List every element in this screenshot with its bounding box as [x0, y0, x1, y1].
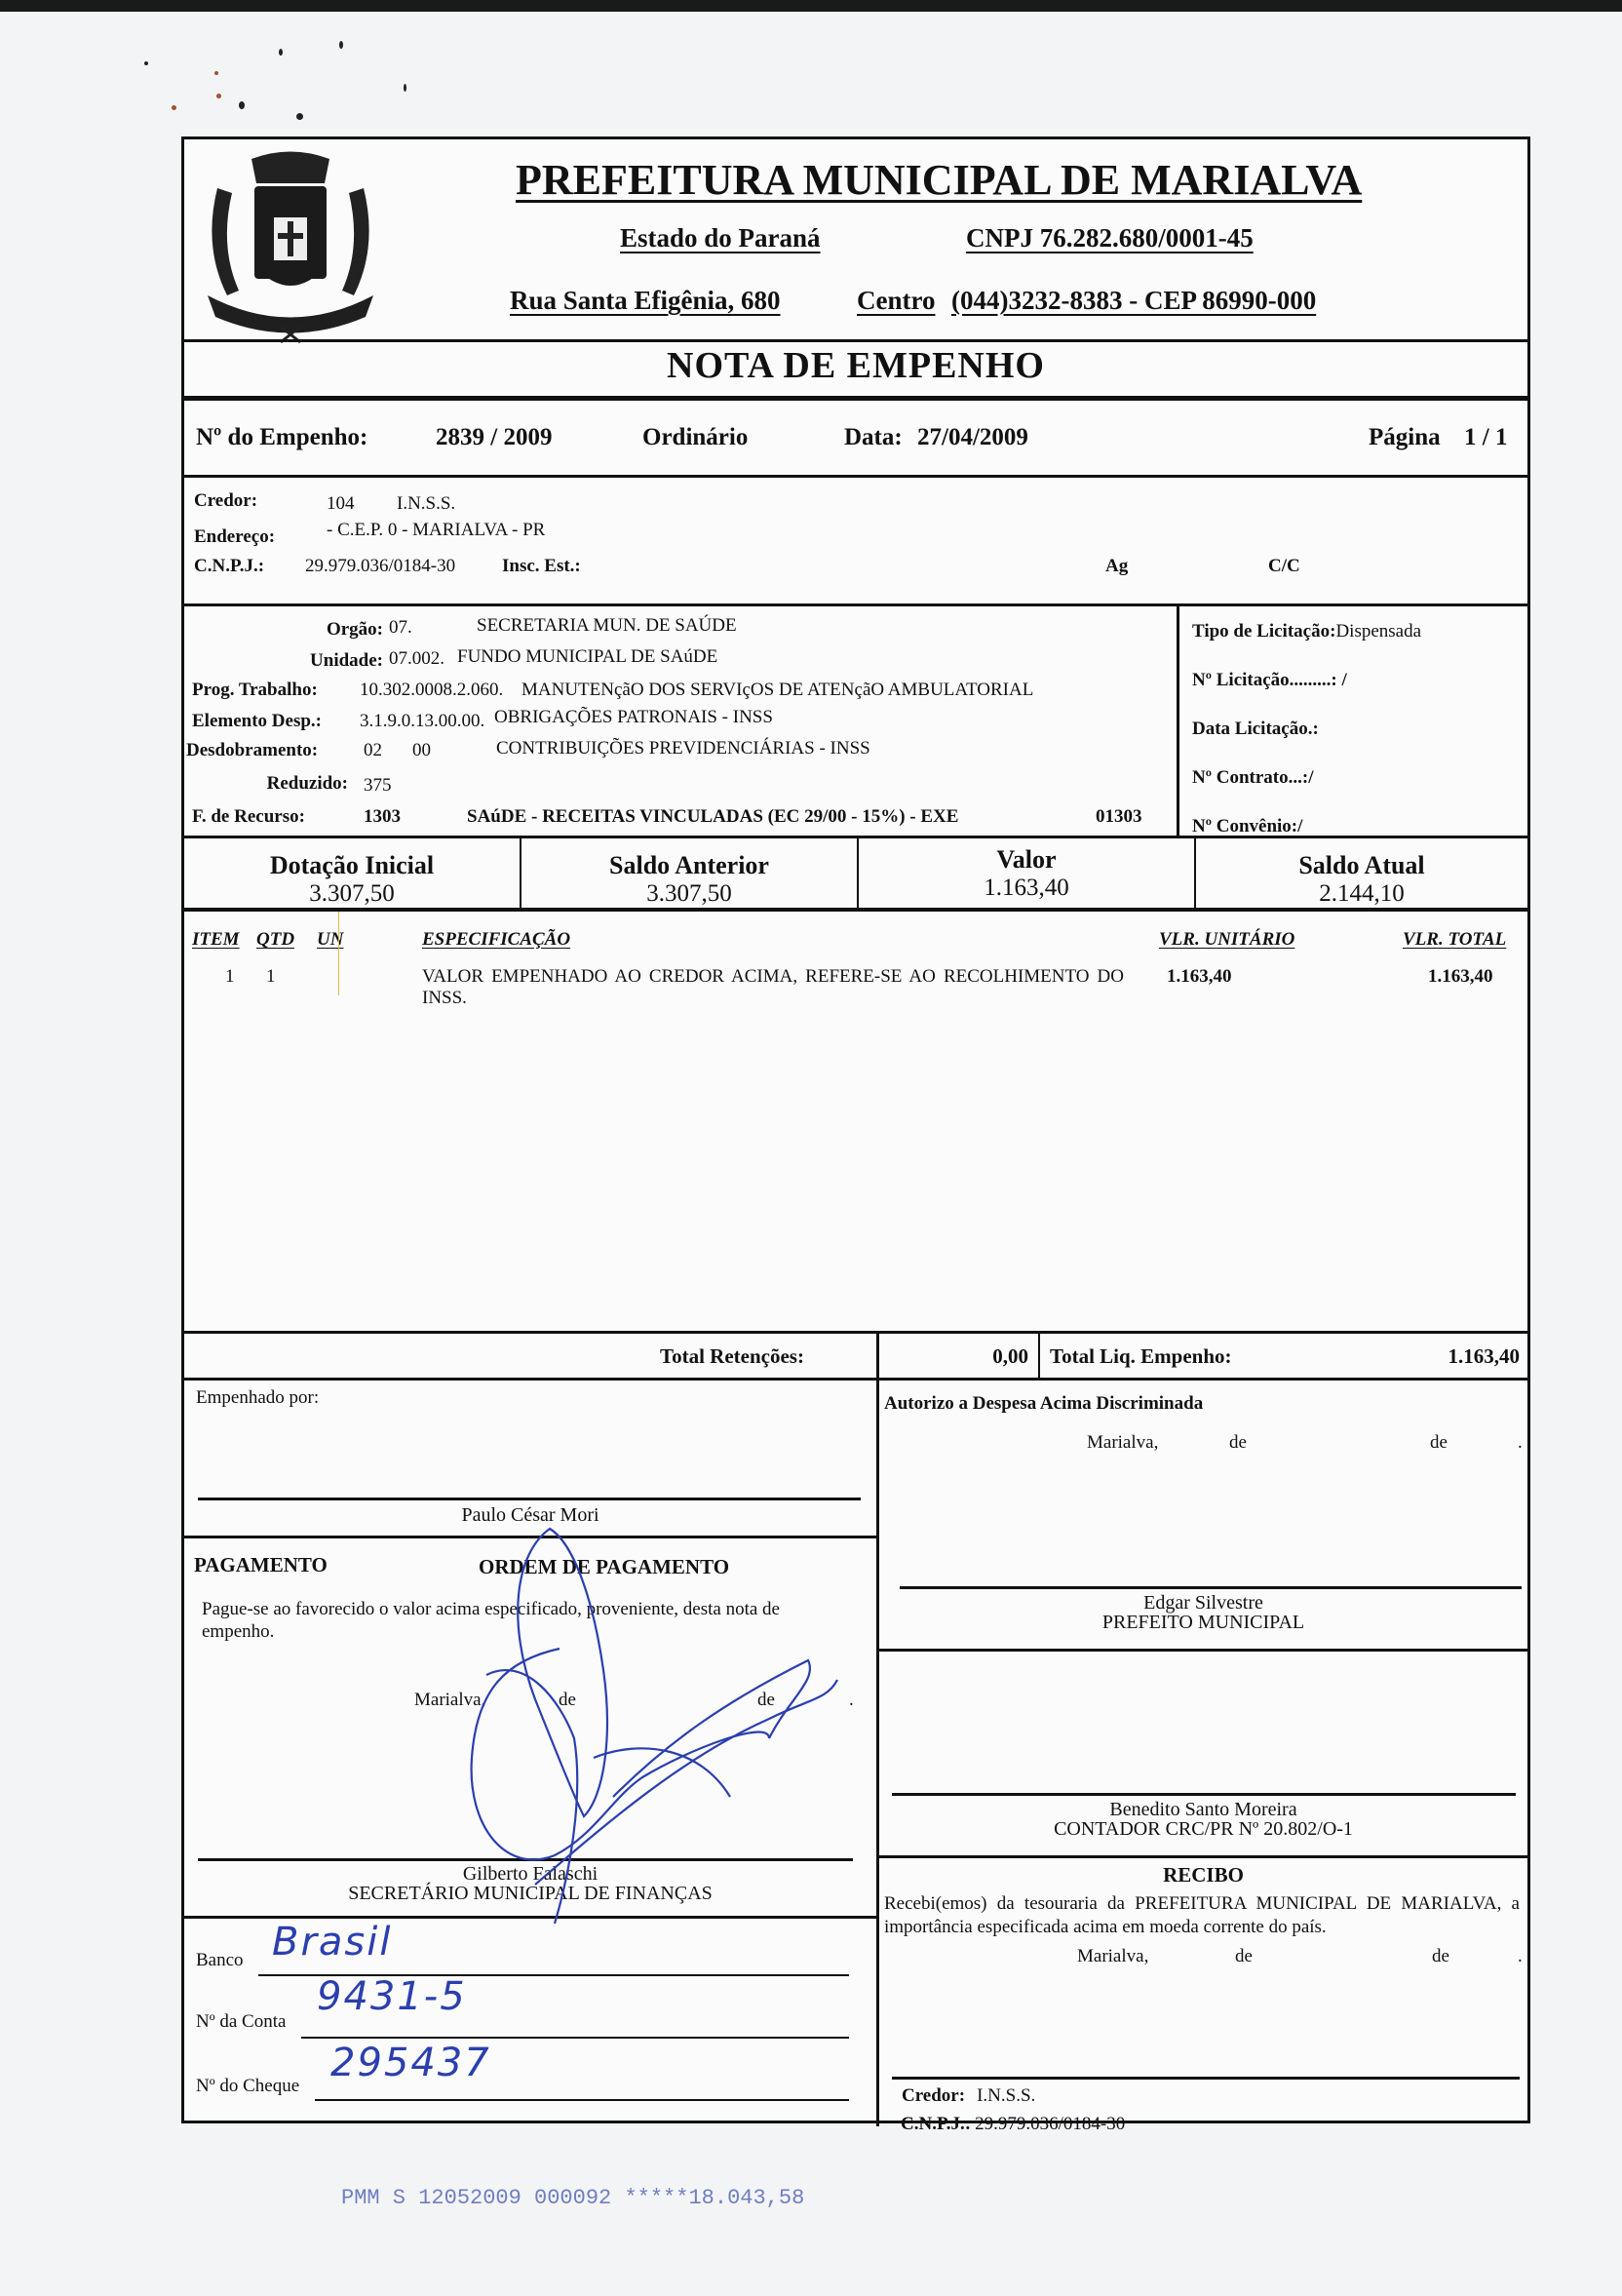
recibo-city: Marialva, [1077, 1946, 1148, 1967]
cheque-field-line [315, 2099, 849, 2101]
pagamento-de-1: de [559, 1690, 576, 1711]
recibo-de-2: de [1432, 1946, 1449, 1967]
scan-speck [216, 94, 221, 98]
prog-trabalho-code: 10.302.0008.2.060. [360, 680, 503, 701]
empenhado-signer: Paulo César Mori [184, 1504, 876, 1527]
pagamento-label: PAGAMENTO [194, 1553, 328, 1577]
scan-speck [279, 49, 283, 56]
document-title: NOTA DE EMPENHO [184, 344, 1527, 387]
divider [879, 1855, 1527, 1858]
credor-label: Credor: [194, 490, 257, 512]
divider [184, 339, 1527, 342]
desdobramento-label: Desdobramento: [186, 740, 318, 761]
prog-trabalho-name: MANUTENçãO DOS SERVIçOS DE ATENçãO AMBUL… [521, 680, 1033, 701]
ordem-pagamento-title: ORDEM DE PAGAMENTO [479, 1555, 729, 1579]
summary-saldo-atual: Saldo Atual 2.144,10 [1196, 851, 1527, 908]
signature-line [198, 1498, 861, 1500]
prefeitura-title: PREFEITURA MUNICIPAL DE MARIALVA [516, 155, 1393, 205]
total-liquido-value: 1.163,40 [1315, 1344, 1520, 1369]
empenho-number-label: Nº do Empenho: [196, 424, 367, 451]
autorizo-city: Marialva, [1087, 1432, 1158, 1454]
recibo-de-1: de [1235, 1946, 1253, 1967]
endereco-label: Endereço: [194, 526, 275, 548]
signature-line [900, 1586, 1522, 1589]
pagamento-city: Marialva, [414, 1690, 485, 1711]
reduzido-value: 375 [364, 775, 392, 797]
fonte-recurso-code-2: 01303 [1096, 806, 1142, 828]
fonte-recurso-name: SAúDE - RECEITAS VINCULADAS (EC 29/00 - … [467, 806, 958, 828]
autorizo-de-1: de [1229, 1432, 1247, 1454]
secretario-role: SECRETÁRIO MUNICIPAL DE FINANÇAS [184, 1883, 876, 1905]
insc-est-label: Insc. Est.: [502, 556, 581, 577]
scan-speck [214, 71, 218, 75]
prefeitura-cnpj: CNPJ 76.282.680/0001-45 [966, 223, 1254, 253]
divider [184, 908, 1527, 912]
recibo-dot: . [1518, 1946, 1523, 1967]
pagamento-text: Pague-se ao favorecido o valor acima esp… [202, 1598, 835, 1643]
signature-line [892, 1793, 1516, 1796]
pagamento-dot: . [849, 1690, 854, 1711]
summary-valor: Valor 1.163,40 [859, 845, 1194, 902]
numero-convenio: Nº Convênio:/ [1192, 816, 1302, 837]
item-number: 1 [225, 966, 235, 988]
scan-speck [339, 41, 343, 49]
desdobramento-code-2: 00 [412, 740, 431, 761]
elemento-code: 3.1.9.0.13.00.00. [360, 711, 484, 732]
coat-of-arms-icon [198, 149, 383, 344]
divider [184, 1536, 876, 1538]
numero-licitacao: Nº Licitação.........: / [1192, 670, 1347, 691]
fonte-recurso-code: 1303 [364, 806, 401, 828]
scan-speck [296, 113, 303, 120]
total-retencoes-label: Total Retenções: [660, 1344, 804, 1369]
divider [184, 475, 1527, 478]
signature-line [198, 1858, 853, 1861]
col-header-item: ITEM [192, 929, 240, 951]
scan-edge [0, 0, 1622, 12]
divider [184, 1916, 876, 1919]
reduzido-label: Reduzido: [184, 773, 348, 795]
empenho-date-label: Data: [844, 424, 903, 451]
page-number: 1 / 1 [1464, 424, 1507, 451]
divider [1177, 603, 1179, 836]
prefeitura-phone-cep: (044)3232-8383 - CEP 86990-000 [951, 286, 1316, 316]
scan-speck [239, 101, 245, 109]
empenhado-por-label: Empenhado por: [196, 1387, 319, 1409]
unidade-code: 07.002. [389, 648, 444, 670]
data-licitacao: Data Licitação.: [1192, 719, 1319, 740]
prefeitura-district: Centro [857, 286, 936, 316]
scan-speck [404, 84, 406, 92]
recibo-credor: Credor: I.N.S.S. [902, 2085, 1035, 2107]
fonte-recurso-label: F. de Recurso: [192, 806, 305, 828]
conta-corrente-label: C/C [1268, 556, 1300, 577]
col-header-qtd: QTD [256, 929, 294, 951]
state-name: Estado do Paraná [620, 223, 821, 253]
nota-de-empenho-form: PREFEITURA MUNICIPAL DE MARIALVA Estado … [181, 136, 1530, 2123]
banco-label: Banco [196, 1950, 244, 1971]
agencia-label: Ag [1105, 556, 1128, 577]
divider [184, 396, 1527, 401]
prefeito-role: PREFEITO MUNICIPAL [879, 1612, 1527, 1634]
divider [879, 1649, 1527, 1652]
total-retencoes-value: 0,00 [878, 1344, 1028, 1369]
item-vlr-total: 1.163,40 [1428, 966, 1493, 988]
scan-speck [172, 105, 176, 110]
elemento-label: Elemento Desp.: [192, 711, 322, 732]
orgao-code: 07. [389, 617, 412, 639]
tipo-licitacao-value: Dispensada [1335, 621, 1421, 642]
cheque-label: Nº do Cheque [196, 2076, 299, 2097]
autorizo-label: Autorizo a Despesa Acima Discriminada [884, 1393, 1203, 1415]
item-qtd: 1 [266, 966, 276, 988]
col-header-vlr-unitario: VLR. UNITÁRIO [1159, 929, 1294, 951]
conta-value[interactable]: 9431-5 [317, 1974, 467, 2019]
divider [184, 1378, 1527, 1381]
col-header-especificacao: ESPECIFICAÇÃO [422, 929, 570, 951]
summary-saldo-anterior: Saldo Anterior 3.307,50 [521, 851, 857, 908]
item-especificacao: VALOR EMPENHADO AO CREDOR ACIMA, REFERE-… [422, 966, 1124, 1009]
credor-name: I.N.S.S. [397, 493, 455, 515]
empenho-number: 2839 / 2009 [436, 424, 552, 451]
summary-dotacao-inicial: Dotação Inicial 3.307,50 [184, 851, 520, 908]
autorizo-dot: . [1518, 1432, 1523, 1454]
endereco-value: - C.E.P. 0 - MARIALVA - PR [327, 520, 545, 541]
desdobramento-code-1: 02 [364, 740, 382, 761]
signature-line [892, 2077, 1520, 2080]
desdobramento-name: CONTRIBUIÇÕES PREVIDENCIÁRIAS - INSS [496, 738, 870, 759]
divider [184, 836, 1527, 838]
table-row: 1 1 VALOR EMPENHADO AO CREDOR ACIMA, REF… [184, 966, 1527, 1025]
cheque-value[interactable]: 295437 [330, 2041, 491, 2085]
pagamento-de-2: de [757, 1690, 775, 1711]
unidade-label: Unidade: [184, 650, 383, 672]
conta-label: Nº da Conta [196, 2011, 286, 2033]
elemento-name: OBRIGAÇÕES PATRONAIS - INSS [494, 707, 773, 728]
unidade-name: FUNDO MUNICIPAL DE SAúDE [457, 646, 717, 668]
recibo-cnpj: C.N.P.J.: 29.979.036/0184-30 [901, 2114, 1125, 2135]
recibo-text: Recebi(emos) da tesouraria da PREFEITURA… [884, 1892, 1520, 1939]
col-header-un: UN [317, 929, 343, 951]
credor-code: 104 [327, 493, 355, 515]
cnpj-label: C.N.P.J.: [194, 556, 264, 577]
divider [876, 1378, 879, 2126]
conta-field-line [301, 2037, 849, 2039]
credor-cnpj: 29.979.036/0184-30 [305, 556, 455, 577]
col-header-vlr-total: VLR. TOTAL [1403, 929, 1506, 951]
orgao-name: SECRETARIA MUN. DE SAÚDE [477, 615, 737, 637]
divider [184, 1331, 1527, 1334]
contador-role: CONTADOR CRC/PR Nº 20.802/O-1 [879, 1818, 1527, 1841]
item-vlr-unitario: 1.163,40 [1167, 966, 1232, 988]
mechanical-stamp: PMM S 12052009 000092 *****18.043,58 [341, 2186, 804, 2210]
empenho-date: 27/04/2009 [917, 424, 1028, 451]
divider [184, 603, 1527, 606]
prog-trabalho-label: Prog. Trabalho: [192, 680, 318, 701]
numero-contrato: Nº Contrato...:/ [1192, 767, 1313, 789]
autorizo-de-2: de [1430, 1432, 1448, 1454]
total-liquido-label: Total Liq. Empenho: [1050, 1344, 1232, 1369]
prefeitura-address: Rua Santa Efigênia, 680 [510, 286, 781, 316]
empenho-type: Ordinário [642, 424, 748, 451]
tipo-licitacao-label: Tipo de Licitação:Dispensada [1192, 621, 1421, 642]
divider [1038, 1331, 1040, 1378]
page-label: Página [1369, 424, 1441, 451]
recibo-title: RECIBO [879, 1863, 1527, 1887]
scan-speck [144, 61, 148, 65]
orgao-label: Orgão: [184, 619, 383, 641]
banco-value[interactable]: Brasil [272, 1920, 392, 1965]
